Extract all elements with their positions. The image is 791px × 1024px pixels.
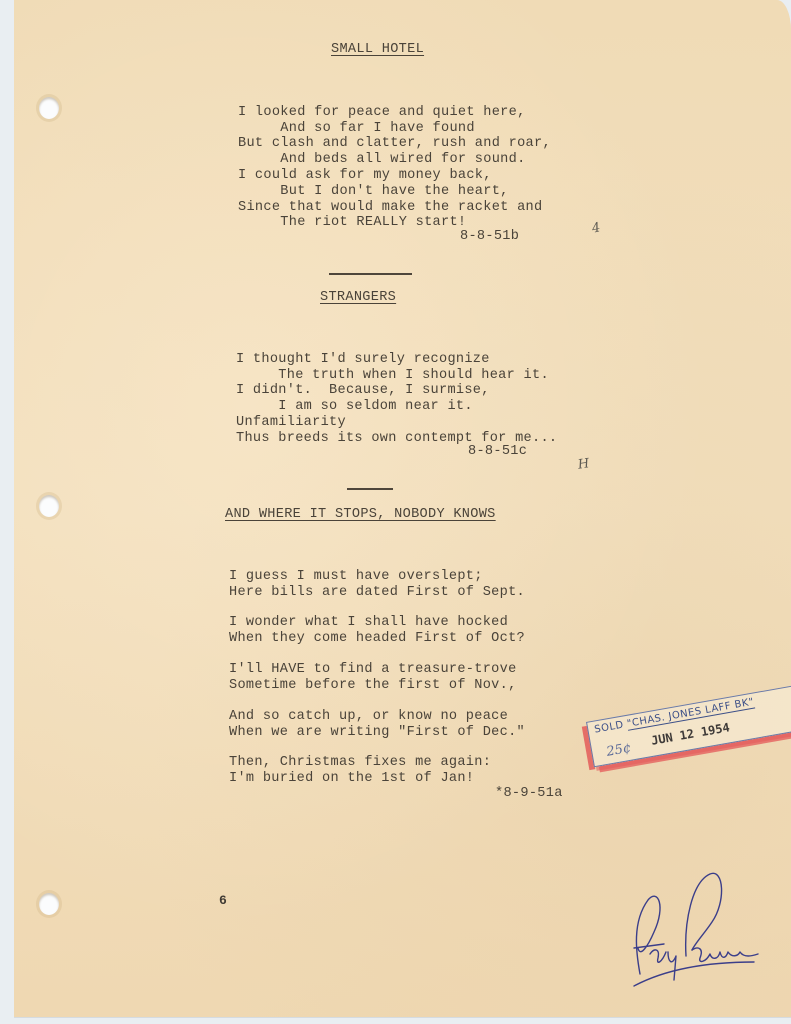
poem-body-strangers: I thought I'd surely recognize The truth… [236, 336, 557, 447]
stamp-price: 25¢ [605, 741, 632, 760]
poem-stanza: I wonder what I shall have hocked When t… [229, 599, 525, 646]
poem-line: Unfamiliarity [236, 415, 346, 430]
section-divider [347, 488, 393, 490]
stamp-sold-to: "CHAS. JONES LAFF BK" [626, 697, 755, 731]
poem-line: I'll HAVE to find a treasure-trove [229, 662, 517, 677]
poem-title-small-hotel: SMALL HOTEL [331, 42, 424, 58]
poem-line: When we are writing "First of Dec." [229, 725, 525, 740]
poem-line: I could ask for my money back, [238, 168, 492, 183]
signature-icon [614, 862, 791, 992]
stamp-sold-prefix: SOLD [594, 720, 625, 736]
poem-line: When they come headed First of Oct? [229, 631, 525, 646]
poem-line: I am so seldom near it. [236, 399, 473, 414]
poem-line: And beds all wired for sound. [238, 152, 526, 167]
poem-line: I wonder what I shall have hocked [229, 615, 508, 630]
poem-body-small-hotel: I looked for peace and quiet here, And s… [238, 89, 551, 231]
pencil-mark: H [577, 456, 590, 472]
poem-stanza: I'll HAVE to find a treasure-trove Somet… [229, 646, 517, 693]
poem-stanza: And so catch up, or know no peace When w… [229, 693, 525, 740]
poem-line: And so catch up, or know no peace [229, 709, 508, 724]
poem-stanza: I guess I must have overslept; Here bill… [229, 553, 525, 600]
poem-line: I didn't. Because, I surmise, [236, 383, 490, 398]
document-page: SMALL HOTEL I looked for peace and quiet… [14, 0, 791, 1017]
poem-line: The truth when I should hear it. [236, 368, 549, 383]
poem-line: But clash and clatter, rush and roar, [238, 136, 551, 151]
sold-stamp: SOLD "CHAS. JONES LAFF BK" 25¢ JUN 12 19… [586, 684, 791, 781]
poem-line: And so far I have found [238, 121, 475, 136]
binder-hole-top [39, 97, 59, 119]
poem-code-small-hotel: 8-8-51b [460, 229, 519, 245]
pencil-mark: 4 [591, 220, 602, 236]
poem-line: I looked for peace and quiet here, [238, 105, 526, 120]
poem-code-and-where-it-stops: *8-9-51a [495, 786, 563, 802]
poem-line: The riot REALLY start! [238, 215, 466, 230]
stamp-box: SOLD "CHAS. JONES LAFF BK" 25¢ JUN 12 19… [586, 684, 791, 767]
poem-title-and-where-it-stops: AND WHERE IT STOPS, NOBODY KNOWS [225, 507, 496, 523]
poem-line: Then, Christmas fixes me again: [229, 755, 491, 770]
poem-line: But I don't have the heart, [238, 184, 509, 199]
poem-stanza: Then, Christmas fixes me again: I'm buri… [229, 739, 491, 786]
binder-hole-bottom [39, 893, 59, 915]
poem-line: Sometime before the first of Nov., [229, 678, 517, 693]
binder-hole-middle [39, 495, 59, 517]
page-number: 6 [219, 893, 227, 908]
poem-line: Here bills are dated First of Sept. [229, 585, 525, 600]
poem-line: I thought I'd surely recognize [236, 352, 490, 367]
poem-line: I'm buried on the 1st of Jan! [229, 771, 474, 786]
poem-code-strangers: 8-8-51c [468, 444, 527, 460]
poem-line: Since that would make the racket and [238, 200, 542, 215]
section-divider [329, 273, 412, 275]
poem-title-strangers: STRANGERS [320, 290, 396, 306]
poem-line: I guess I must have overslept; [229, 569, 483, 584]
